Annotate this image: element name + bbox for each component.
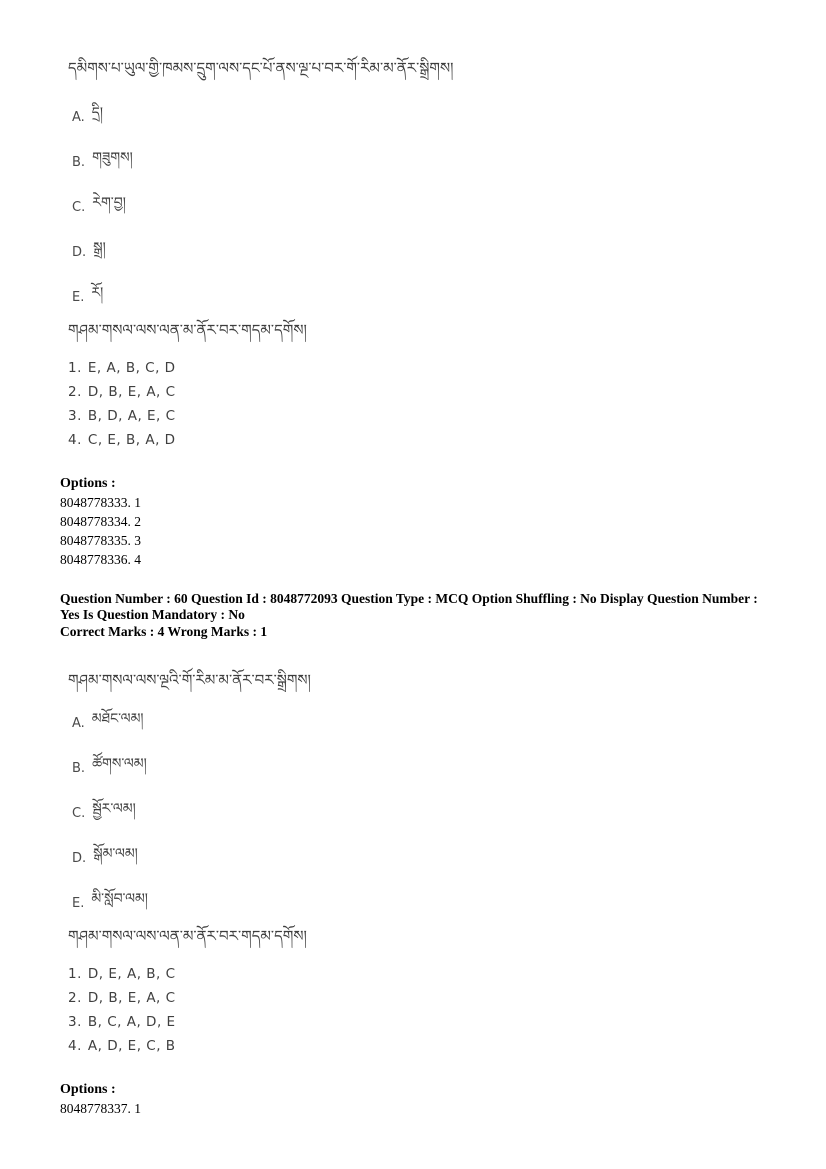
option-id-3: 8048778335. 3 (60, 531, 776, 550)
choice-label: D. (72, 851, 86, 866)
question-metadata-line: Question Number : 60 Question Id : 80487… (60, 591, 760, 622)
choice-row-e: E. རོ། (72, 281, 776, 305)
sequence-row-2: 2.D, B, E, A, C (68, 986, 776, 1010)
choice-row-c: C. སྦྱོར་ལམ། (72, 797, 776, 821)
choice-text: མི་སློབ་ལམ། (91, 887, 148, 911)
choice-row-a: A. མཐོང་ལམ། (72, 707, 776, 731)
sequence-number: 1. (68, 966, 82, 982)
sequence-row-3: 3.B, D, A, E, C (68, 404, 776, 428)
choice-text: ཚོགས་ལམ། (92, 752, 147, 776)
choice-text: རེག་བྱ། (92, 191, 126, 215)
sequence-text: D, E, A, B, C (88, 966, 176, 982)
sequence-text: D, B, E, A, C (88, 990, 176, 1006)
sequence-row-2: 2.D, B, E, A, C (68, 380, 776, 404)
option-id-2: 8048778334. 2 (60, 512, 776, 531)
choice-text: སྒོམ་ལམ། (93, 842, 138, 866)
question-59-block: དམིགས་པ་ཡུལ་གྱི་ཁམས་དྲུག་ལས་དང་པོ་ནས་ལྔ་… (60, 56, 776, 569)
choice-label: C. (72, 806, 85, 821)
sequence-number: 3. (68, 408, 82, 424)
question-prompt: དམིགས་པ་ཡུལ་གྱི་ཁམས་དྲུག་ལས་དང་པོ་ནས་ལྔ་… (68, 56, 776, 80)
sequence-text: A, D, E, C, B (88, 1038, 176, 1054)
question-60-block: གཤམ་གསལ་ལས་ལྔའི་གོ་རིམ་མ་ནོར་བར་སྒྲིགས། … (60, 668, 776, 1118)
choice-text: མཐོང་ལམ། (92, 707, 144, 731)
sequence-number: 2. (68, 990, 82, 1006)
choice-text: དྲི། (92, 101, 103, 125)
sequence-number: 2. (68, 384, 82, 400)
sequence-text: C, E, B, A, D (88, 432, 176, 448)
instruction-text: གཤམ་གསལ་ལས་ལན་མ་ནོར་བར་གདམ་དགོས། (68, 924, 776, 948)
choice-label: E. (72, 896, 84, 911)
sequence-row-3: 3.B, C, A, D, E (68, 1010, 776, 1034)
choice-label: D. (72, 245, 86, 260)
choice-label: B. (72, 155, 85, 170)
sequence-text: B, D, A, E, C (88, 408, 176, 424)
option-id-1: 8048778337. 1 (60, 1099, 776, 1118)
sequence-row-4: 4.C, E, B, A, D (68, 428, 776, 452)
exam-page: དམིགས་པ་ཡུལ་གྱི་ཁམས་དྲུག་ལས་དང་པོ་ནས་ལྔ་… (0, 0, 826, 1118)
choice-row-c: C. རེག་བྱ། (72, 191, 776, 215)
choice-label: B. (72, 761, 85, 776)
marks-metadata-line: Correct Marks : 4 Wrong Marks : 1 (60, 624, 760, 640)
question-60-metadata: Question Number : 60 Question Id : 80487… (60, 591, 760, 640)
sequence-row-4: 4.A, D, E, C, B (68, 1034, 776, 1058)
sequence-row-1: 1.E, A, B, C, D (68, 356, 776, 380)
choice-text: སྦྱོར་ལམ། (92, 797, 136, 821)
sequence-list: 1.E, A, B, C, D 2.D, B, E, A, C 3.B, D, … (68, 356, 776, 452)
choice-row-d: D. སྒོམ་ལམ། (72, 842, 776, 866)
sequence-list: 1.D, E, A, B, C 2.D, B, E, A, C 3.B, C, … (68, 962, 776, 1058)
options-heading: Options : (60, 474, 776, 493)
choice-row-d: D. སྒྲ། (72, 236, 776, 260)
choice-row-b: B. གཟུགས། (72, 146, 776, 170)
choice-row-e: E. མི་སློབ་ལམ། (72, 887, 776, 911)
sequence-text: E, A, B, C, D (88, 360, 176, 376)
choice-text: རོ། (91, 281, 103, 305)
sequence-number: 3. (68, 1014, 82, 1030)
choice-label: E. (72, 290, 84, 305)
question-prompt: གཤམ་གསལ་ལས་ལྔའི་གོ་རིམ་མ་ནོར་བར་སྒྲིགས། (68, 668, 776, 692)
sequence-text: D, B, E, A, C (88, 384, 176, 400)
instruction-text: གཤམ་གསལ་ལས་ལན་མ་ནོར་བར་གདམ་དགོས། (68, 318, 776, 342)
sequence-number: 4. (68, 1038, 82, 1054)
choice-row-a: A. དྲི། (72, 101, 776, 125)
sequence-row-1: 1.D, E, A, B, C (68, 962, 776, 986)
sequence-number: 1. (68, 360, 82, 376)
choice-text: གཟུགས། (92, 146, 133, 170)
options-heading: Options : (60, 1080, 776, 1099)
choice-label: C. (72, 200, 85, 215)
choice-text: སྒྲ། (93, 236, 106, 260)
choice-label: A. (72, 716, 85, 731)
sequence-number: 4. (68, 432, 82, 448)
option-id-1: 8048778333. 1 (60, 493, 776, 512)
option-id-4: 8048778336. 4 (60, 550, 776, 569)
choice-label: A. (72, 110, 85, 125)
sequence-text: B, C, A, D, E (88, 1014, 176, 1030)
choice-row-b: B. ཚོགས་ལམ། (72, 752, 776, 776)
